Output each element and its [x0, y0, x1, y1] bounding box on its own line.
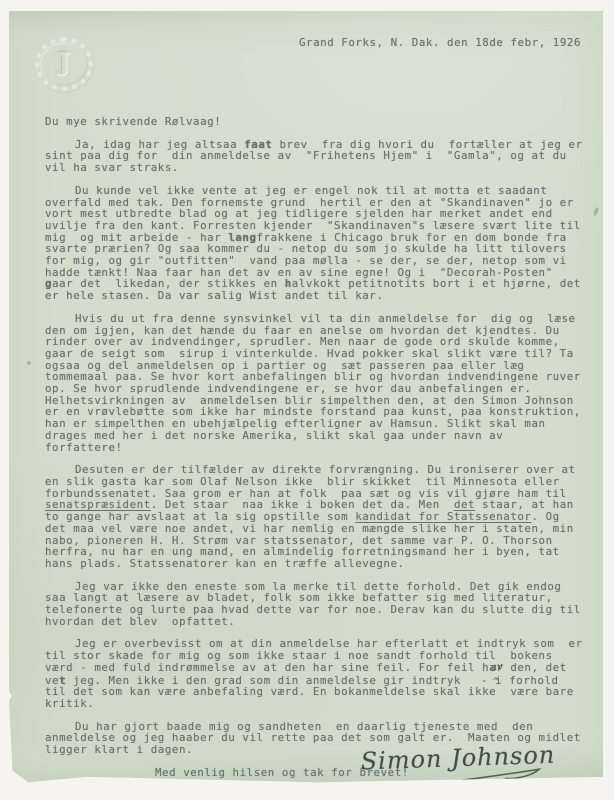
handwritten-insertion: av^ — [461, 674, 474, 684]
paper-speck — [27, 361, 31, 365]
embossed-wreath-seal-icon: J — [31, 33, 97, 95]
dateline: Grand Forks, N. Dak. den 18de febr, 1926 — [299, 36, 581, 49]
letter-body: Du mye skrivende Rølvaag! Ja, idag har j… — [45, 116, 585, 778]
letter-paragraph: Jeg er overbevisst om at din anmeldelse … — [45, 638, 585, 709]
letter-paragraph: Desuten er der tilfælder av direkte forv… — [45, 464, 585, 569]
scanned-letter-page: { "meta": { "document_type": "typewritte… — [0, 0, 614, 800]
salutation: Du mye skrivende Rølvaag! — [45, 116, 585, 128]
seal-monogram: J — [31, 47, 97, 76]
letter-paragraph: Du kunde vel ikke vente at jeg er engel … — [45, 185, 585, 302]
paper-crease-mark — [593, 207, 600, 217]
letter-paper: J Grand Forks, N. Dak. den 18de febr, 19… — [9, 11, 603, 783]
letter-paragraph: Hvis du ut fra denne synsvinkel vil ta d… — [45, 313, 585, 453]
letter-paragraph: Ja, idag har jeg altsaa faat brev fra di… — [45, 139, 585, 174]
letter-paragraph: Jeg var ikke den eneste som la merke til… — [45, 581, 585, 628]
signature: Simon Johnson — [360, 741, 562, 796]
